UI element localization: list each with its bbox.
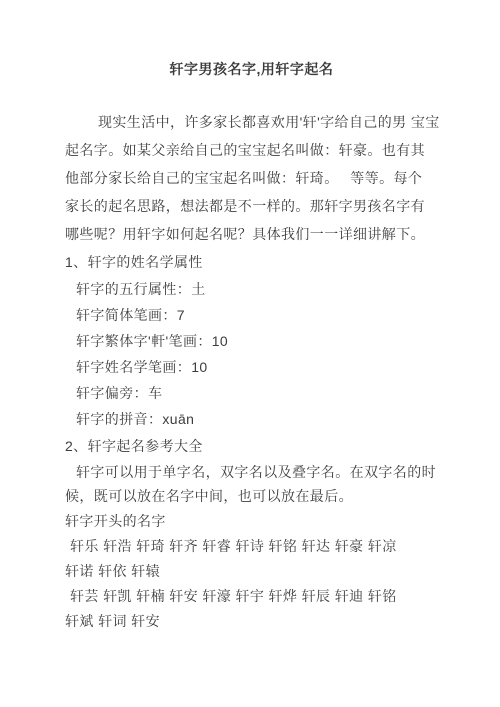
attribute-simplified-strokes: 轩字简体笔画：7 [65, 302, 438, 328]
intro-paragraph-line: 哪些呢？用轩字如何起名呢？具体我们一一详细讲解下。 [65, 220, 438, 248]
section2-description-line: 候，既可以放在名字中间，也可以放在最后。 [65, 484, 438, 508]
attribute-wuxing: 轩字的五行属性：土 [65, 276, 438, 302]
attribute-traditional-strokes: 轩字繁体字'軒'笔画：10 [65, 328, 438, 354]
document-page: 轩字男孩名字,用轩字起名 现实生活中，许多家长都喜欢用'轩'字给自己的男 宝宝 … [0, 0, 500, 707]
name-list-line: 轩诺 轩依 轩辕 [65, 559, 438, 584]
name-list-line: 轩芸 轩凯 轩楠 轩安 轩濠 轩宇 轩烨 轩辰 轩迪 轩铭 [65, 584, 438, 609]
attribute-pinyin: 轩字的拼音：xuān [65, 406, 438, 432]
page-title: 轩字男孩名字,用轩字起名 [65, 55, 438, 83]
section2-heading: 2、轩字起名参考大全 [65, 432, 438, 460]
intro-paragraph-line: 现实生活中，许多家长都喜欢用'轩'字给自己的男 宝宝 [65, 108, 438, 136]
section1-heading: 1、轩字的姓名学属性 [65, 248, 438, 276]
intro-paragraph-line: 起名字。如某父亲给自己的宝宝起名叫做：轩豪。也有其 [65, 136, 438, 164]
attribute-name-study-strokes: 轩字姓名学笔画：10 [65, 354, 438, 380]
intro-paragraph-line: 家长的起名思路，想法都是不一样的。那轩字男孩名字有 [65, 192, 438, 220]
intro-paragraph-line: 他部分家长给自己的宝宝起名叫做：轩琦。 等等。每个 [65, 164, 438, 192]
section2-description-line: 轩字可以用于单字名，双字名以及叠字名。在双字名的时 [65, 460, 438, 484]
name-list-line: 轩斌 轩词 轩安 [65, 609, 438, 634]
names-subheading: 轩字开头的名字 [65, 508, 438, 534]
name-list-line: 轩乐 轩浩 轩琦 轩齐 轩睿 轩诗 轩铭 轩达 轩豪 轩凉 [65, 534, 438, 559]
attribute-radical: 轩字偏旁：车 [65, 380, 438, 406]
